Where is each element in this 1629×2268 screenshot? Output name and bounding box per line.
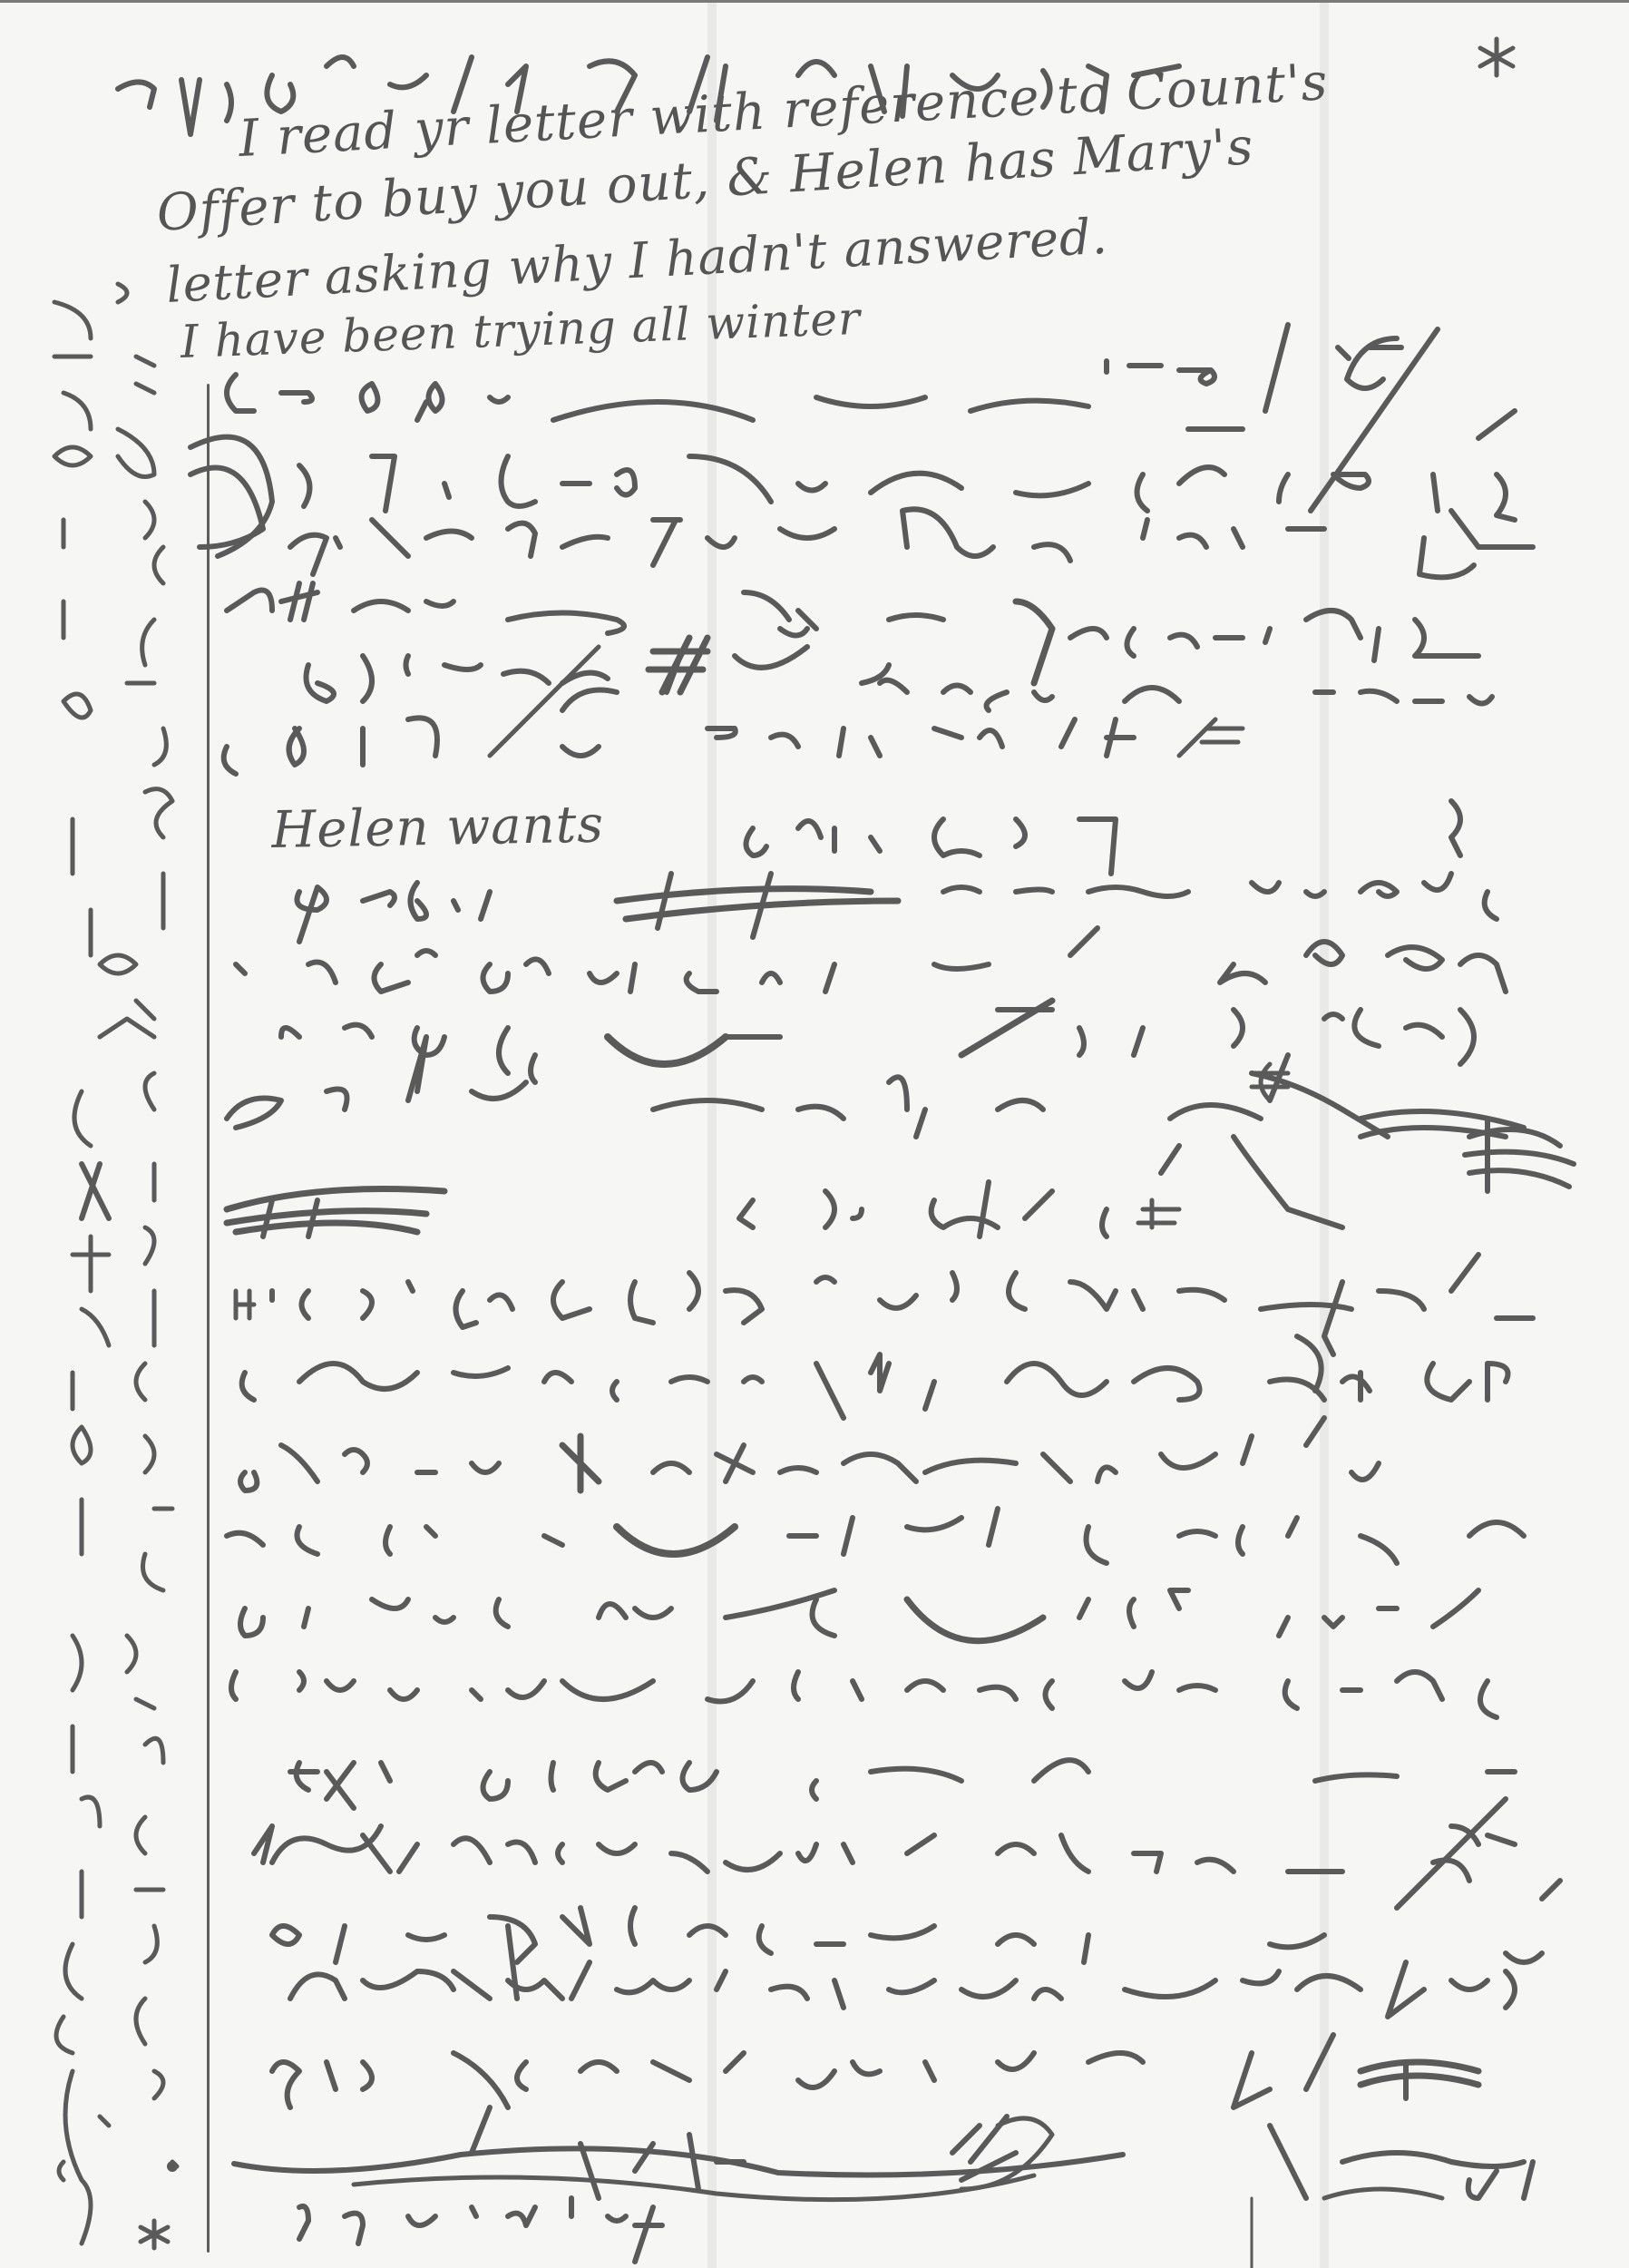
shorthand-line-24 bbox=[254, 1799, 1560, 1908]
scanned-letter-page: I read yr letter with reference to Count… bbox=[0, 0, 1629, 2268]
dot-mark bbox=[170, 2164, 175, 2169]
shorthand-line-7 bbox=[290, 509, 1533, 577]
shorthand-line-21 bbox=[240, 1590, 1478, 1641]
shorthand-line-18 bbox=[242, 1336, 1508, 1418]
shorthand-line-9 bbox=[307, 647, 1493, 710]
shorthand-line-12 bbox=[298, 874, 1497, 942]
shorthand-line-20 bbox=[227, 1509, 1524, 1563]
shorthand-line-bottom-struck bbox=[234, 2107, 1533, 2268]
shorthand-line-22 bbox=[231, 1672, 1497, 1717]
asterisk-icon bbox=[141, 2221, 168, 2248]
shorthand-line-26 bbox=[290, 1962, 1515, 2017]
shorthand-line-27 bbox=[272, 2035, 1478, 2107]
shorthand-line-17 bbox=[236, 1255, 1533, 1354]
shorthand-line-13 bbox=[236, 928, 1506, 992]
shorthand-line-15 bbox=[227, 1037, 1524, 1137]
shorthand-line-19 bbox=[240, 1418, 1379, 1491]
marginal-curve bbox=[190, 437, 272, 556]
shorthand-line-8 bbox=[227, 583, 1478, 692]
shorthand-strokes bbox=[0, 3, 1629, 2268]
shorthand-line-last bbox=[299, 2198, 662, 2262]
shorthand-line-top bbox=[118, 57, 1179, 134]
asterisk-icon bbox=[1480, 39, 1513, 75]
marginal-shorthand bbox=[54, 284, 177, 2244]
shorthand-line-10 bbox=[224, 647, 1243, 774]
shorthand-line-16 bbox=[227, 1182, 1179, 1237]
shorthand-line-5 bbox=[227, 375, 1243, 429]
shorthand-line-14 bbox=[281, 1001, 1474, 1073]
shorthand-line-4-tail bbox=[1107, 325, 1515, 511]
shorthand-line-23 bbox=[290, 1760, 1515, 1808]
shorthand-line-11 bbox=[746, 801, 1461, 874]
